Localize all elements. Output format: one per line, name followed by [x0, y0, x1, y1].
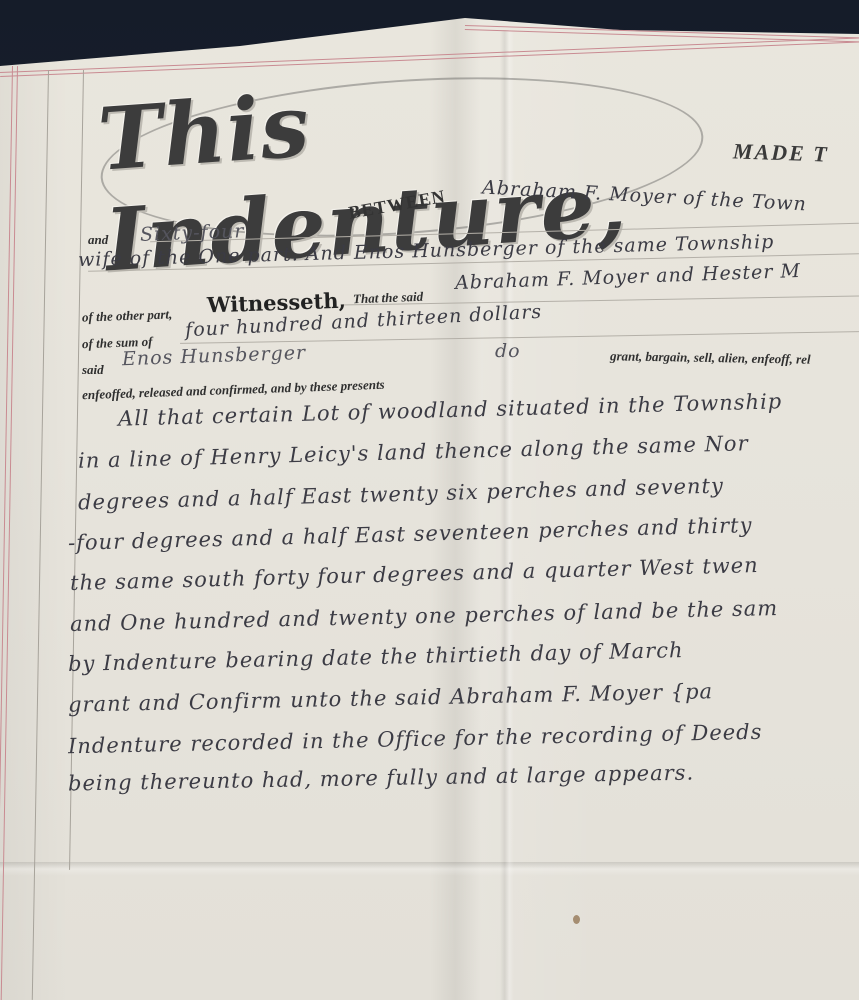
paper-stain — [573, 915, 580, 924]
that-the-said-label: That the said — [353, 289, 424, 307]
made-label: MADE T — [733, 138, 830, 167]
handwritten-sixty-four: Sixty-four — [140, 220, 245, 246]
and-label: and — [88, 232, 108, 248]
handwritten-do: do — [495, 340, 521, 362]
horizontal-fold — [0, 862, 859, 876]
other-part-label: of the other part, — [82, 306, 173, 325]
said-label: said — [82, 362, 104, 378]
